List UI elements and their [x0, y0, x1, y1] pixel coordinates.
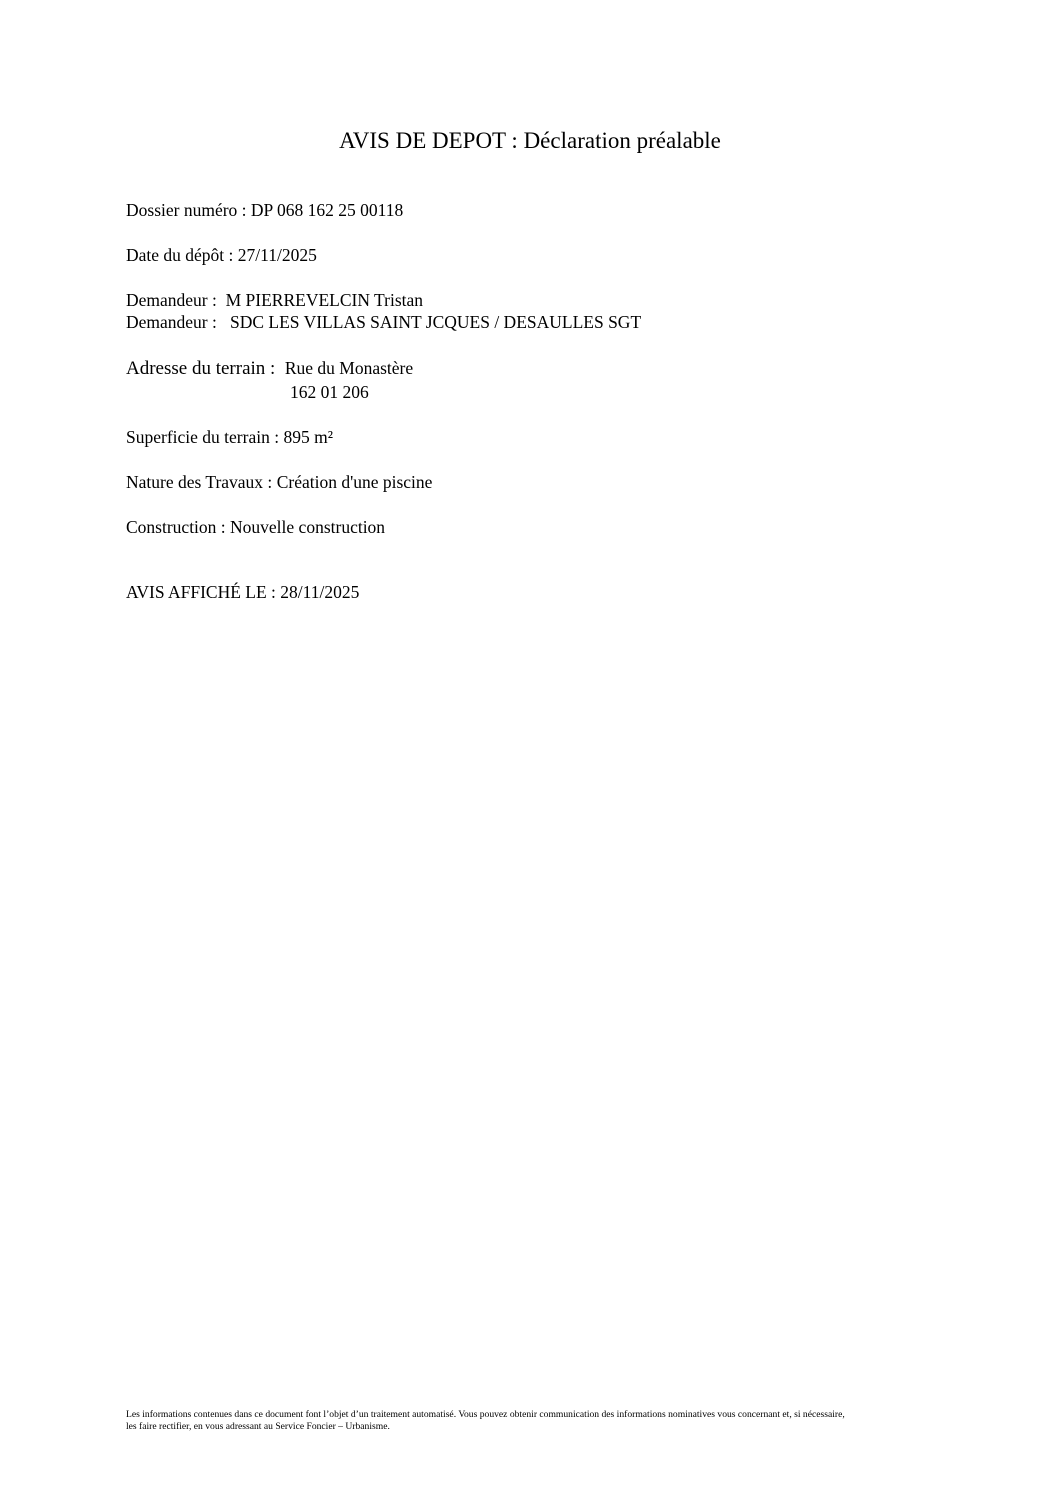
footer-line-2: les faire rectifier, en vous adressant a…: [126, 1421, 936, 1433]
footer-line-1: Les informations contenues dans ce docum…: [126, 1409, 936, 1421]
land-area-value: 895 m²: [283, 427, 332, 447]
document-title: AVIS DE DEPOT : Déclaration préalable: [0, 127, 1058, 155]
applicant-2-line: Demandeur : SDC LES VILLAS SAINT JCQUES …: [126, 311, 641, 333]
construction-value: Nouvelle construction: [230, 517, 385, 537]
deposit-date-line: Date du dépôt : 27/11/2025: [126, 244, 317, 266]
applicant-1-line: Demandeur : M PIERREVELCIN Tristan: [126, 289, 423, 311]
land-address-value: Rue du Monastère: [285, 358, 413, 378]
posted-date-line: AVIS AFFICHÉ LE : 28/11/2025: [126, 581, 359, 603]
land-area-label: Superficie du terrain :: [126, 427, 283, 447]
posted-date-value: 28/11/2025: [280, 582, 359, 602]
dossier-number-value: DP 068 162 25 00118: [251, 200, 403, 220]
applicant-1-label: Demandeur :: [126, 290, 226, 310]
deposit-date-value: 27/11/2025: [238, 245, 317, 265]
applicant-1-value: M PIERREVELCIN Tristan: [226, 290, 423, 310]
applicant-2-value: SDC LES VILLAS SAINT JCQUES / DESAULLES …: [230, 312, 641, 332]
construction-line: Construction : Nouvelle construction: [126, 516, 385, 538]
privacy-footer: Les informations contenues dans ce docum…: [126, 1409, 936, 1433]
works-nature-value: Création d'une piscine: [277, 472, 433, 492]
dossier-number-label: Dossier numéro :: [126, 200, 251, 220]
applicant-2-label: Demandeur :: [126, 312, 230, 332]
construction-label: Construction :: [126, 517, 230, 537]
land-address-label: Adresse du terrain :: [126, 358, 285, 379]
land-address-line: Adresse du terrain : Rue du Monastère: [126, 357, 413, 380]
land-area-line: Superficie du terrain : 895 m²: [126, 426, 333, 448]
works-nature-label: Nature des Travaux :: [126, 472, 277, 492]
works-nature-line: Nature des Travaux : Création d'une pisc…: [126, 471, 432, 493]
dossier-number-line: Dossier numéro : DP 068 162 25 00118: [126, 199, 403, 221]
deposit-date-label: Date du dépôt :: [126, 245, 238, 265]
land-address-parcel: 162 01 206: [290, 381, 369, 403]
posted-date-label: AVIS AFFICHÉ LE :: [126, 582, 280, 602]
